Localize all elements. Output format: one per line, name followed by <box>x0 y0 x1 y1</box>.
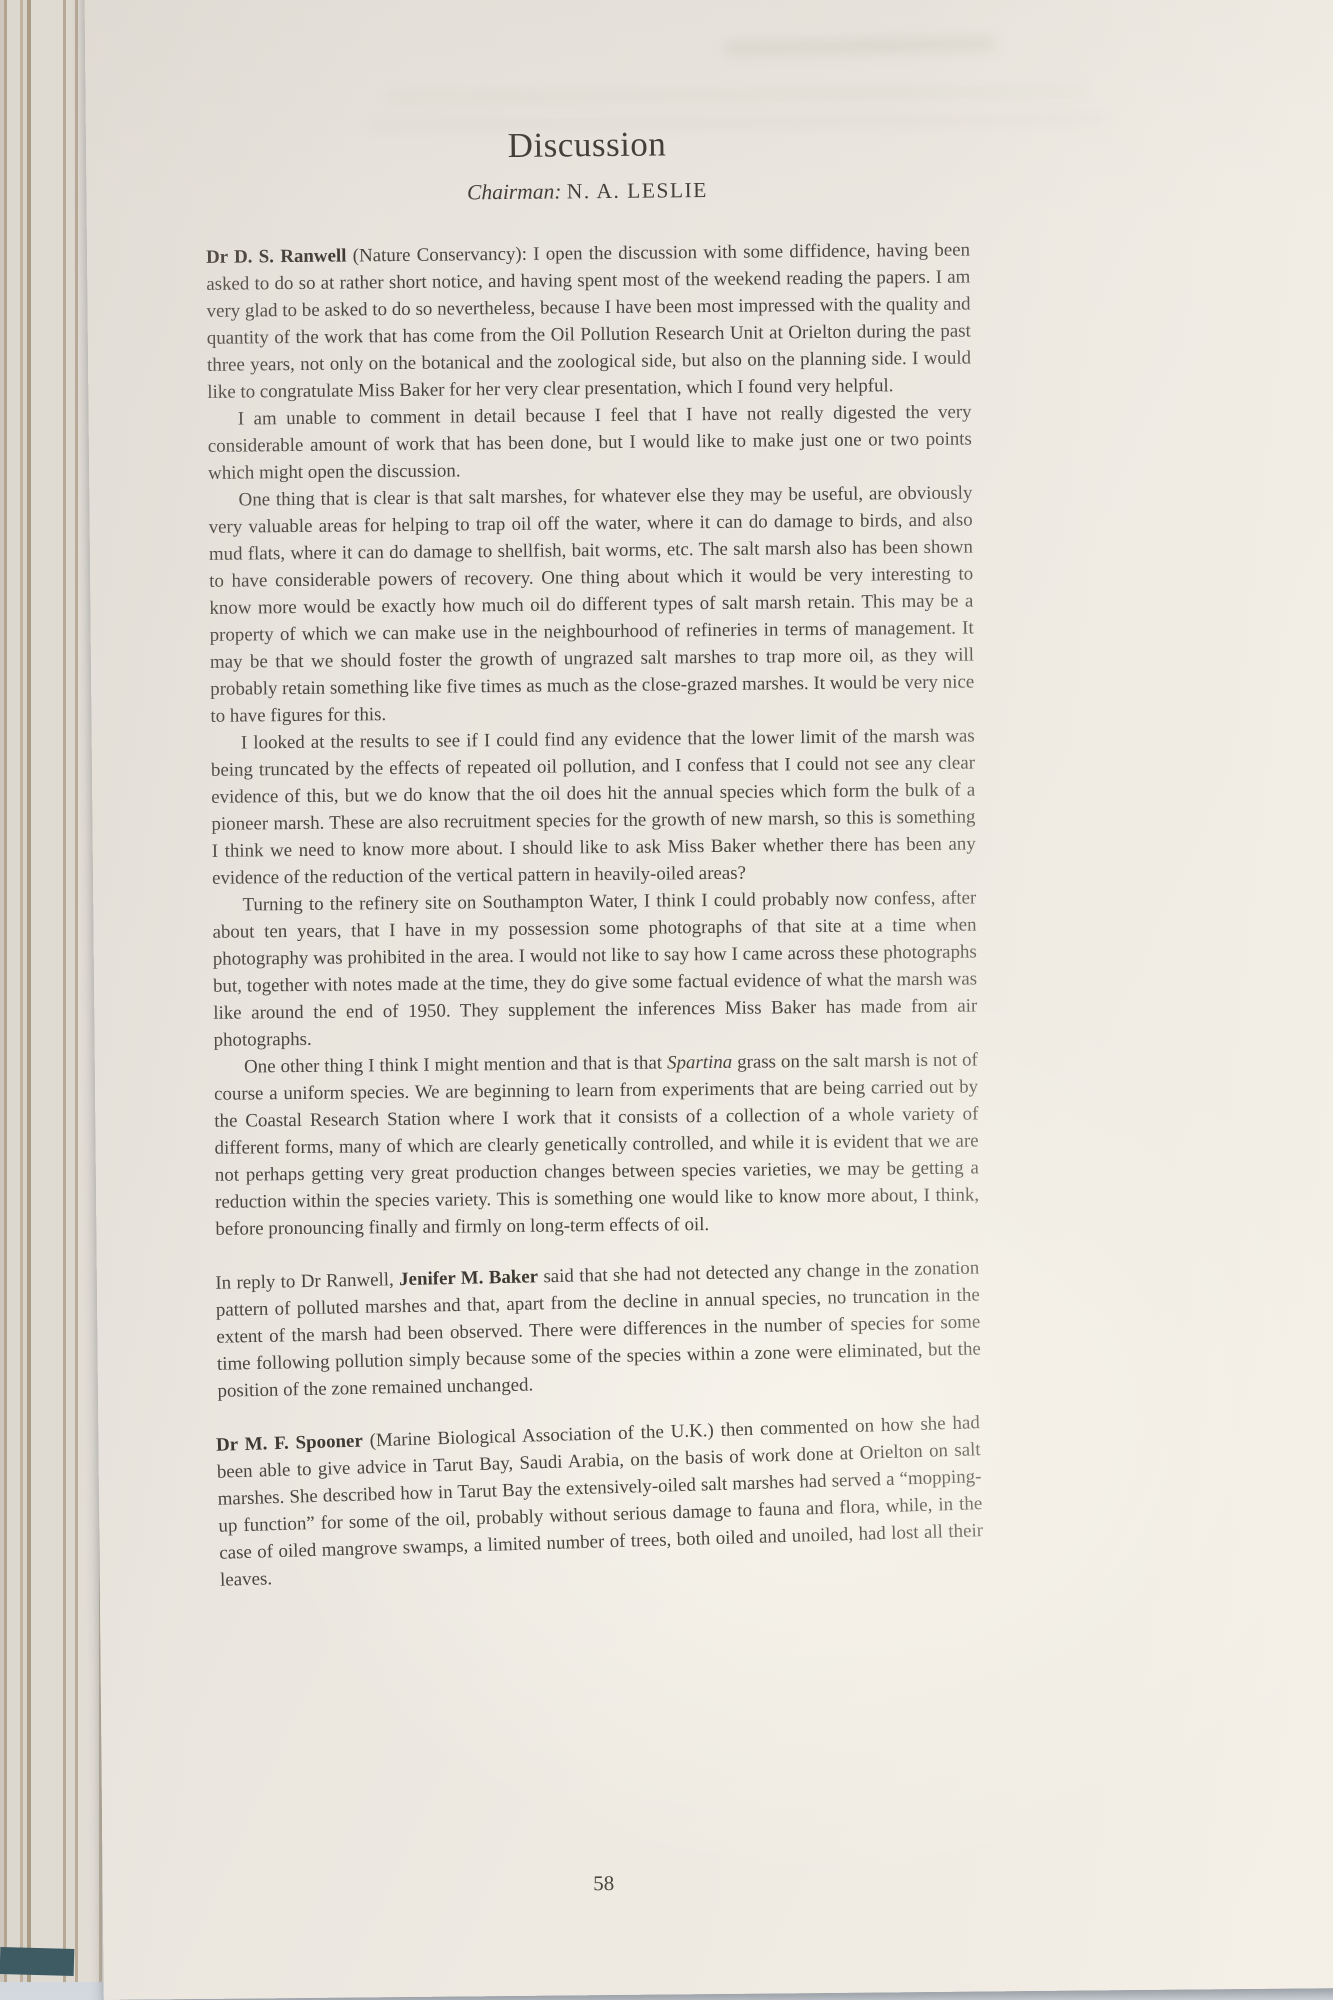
paragraph-text: grass on the salt marsh is not of course… <box>214 1049 979 1239</box>
paragraph-ranwell-5: Turning to the refinery site on Southamp… <box>212 884 978 1053</box>
paragraph-text: I am unable to comment in detail because… <box>208 402 972 484</box>
paragraph-text: Turning to the refinery site on Southamp… <box>212 887 977 1050</box>
paragraph-text: I looked at the results to see if I coul… <box>211 725 976 888</box>
paragraph-spooner: Dr M. F. Spooner (Marine Biological Asso… <box>216 1409 984 1594</box>
species-name-italic: Spartina <box>667 1052 732 1074</box>
paragraph-ranwell-6: One other thing I think I might mention … <box>214 1046 980 1242</box>
speaker-name: Dr D. S. Ranwell <box>206 245 347 267</box>
book-page: Discussion Chairman: N. A. LESLIE Dr D. … <box>84 0 1333 2000</box>
speaker-name: Dr M. F. Spooner <box>216 1430 363 1455</box>
paragraph-text: One other thing I think I might mention … <box>244 1052 667 1077</box>
chairman-line: Chairman: N. A. LESLIE <box>205 176 969 208</box>
book-cover-edge <box>0 1947 74 1976</box>
reverse-side-showthrough <box>725 36 995 56</box>
paragraph-ranwell-4: I looked at the results to see if I coul… <box>211 722 977 891</box>
book-photo: Discussion Chairman: N. A. LESLIE Dr D. … <box>0 0 1333 2000</box>
chairman-label: Chairman: <box>467 179 562 204</box>
paragraph-ranwell-3: One thing that is clear is that salt mar… <box>208 479 974 729</box>
page-number: 58 <box>222 1867 986 1899</box>
spooner-block: Dr M. F. Spooner (Marine Biological Asso… <box>216 1409 984 1594</box>
speaker-name: Jenifer M. Baker <box>399 1266 538 1290</box>
paragraph-ranwell-1: Dr D. S. Ranwell (Nature Conservancy): I… <box>206 237 972 406</box>
chairman-name: N. A. LESLIE <box>567 178 708 203</box>
paragraph-baker-reply: In reply to Dr Ranwell, Jenifer M. Baker… <box>215 1254 982 1404</box>
reverse-side-showthrough <box>385 86 1085 103</box>
baker-reply-block: In reply to Dr Ranwell, Jenifer M. Baker… <box>215 1254 982 1404</box>
page-title: Discussion <box>205 122 969 169</box>
page-text-block: Discussion Chairman: N. A. LESLIE Dr D. … <box>205 122 983 1594</box>
paragraph-ranwell-2: I am unable to comment in detail because… <box>207 399 972 487</box>
paragraph-text: In reply to Dr Ranwell, <box>215 1269 399 1294</box>
paragraph-text: One thing that is clear is that salt mar… <box>209 482 975 726</box>
